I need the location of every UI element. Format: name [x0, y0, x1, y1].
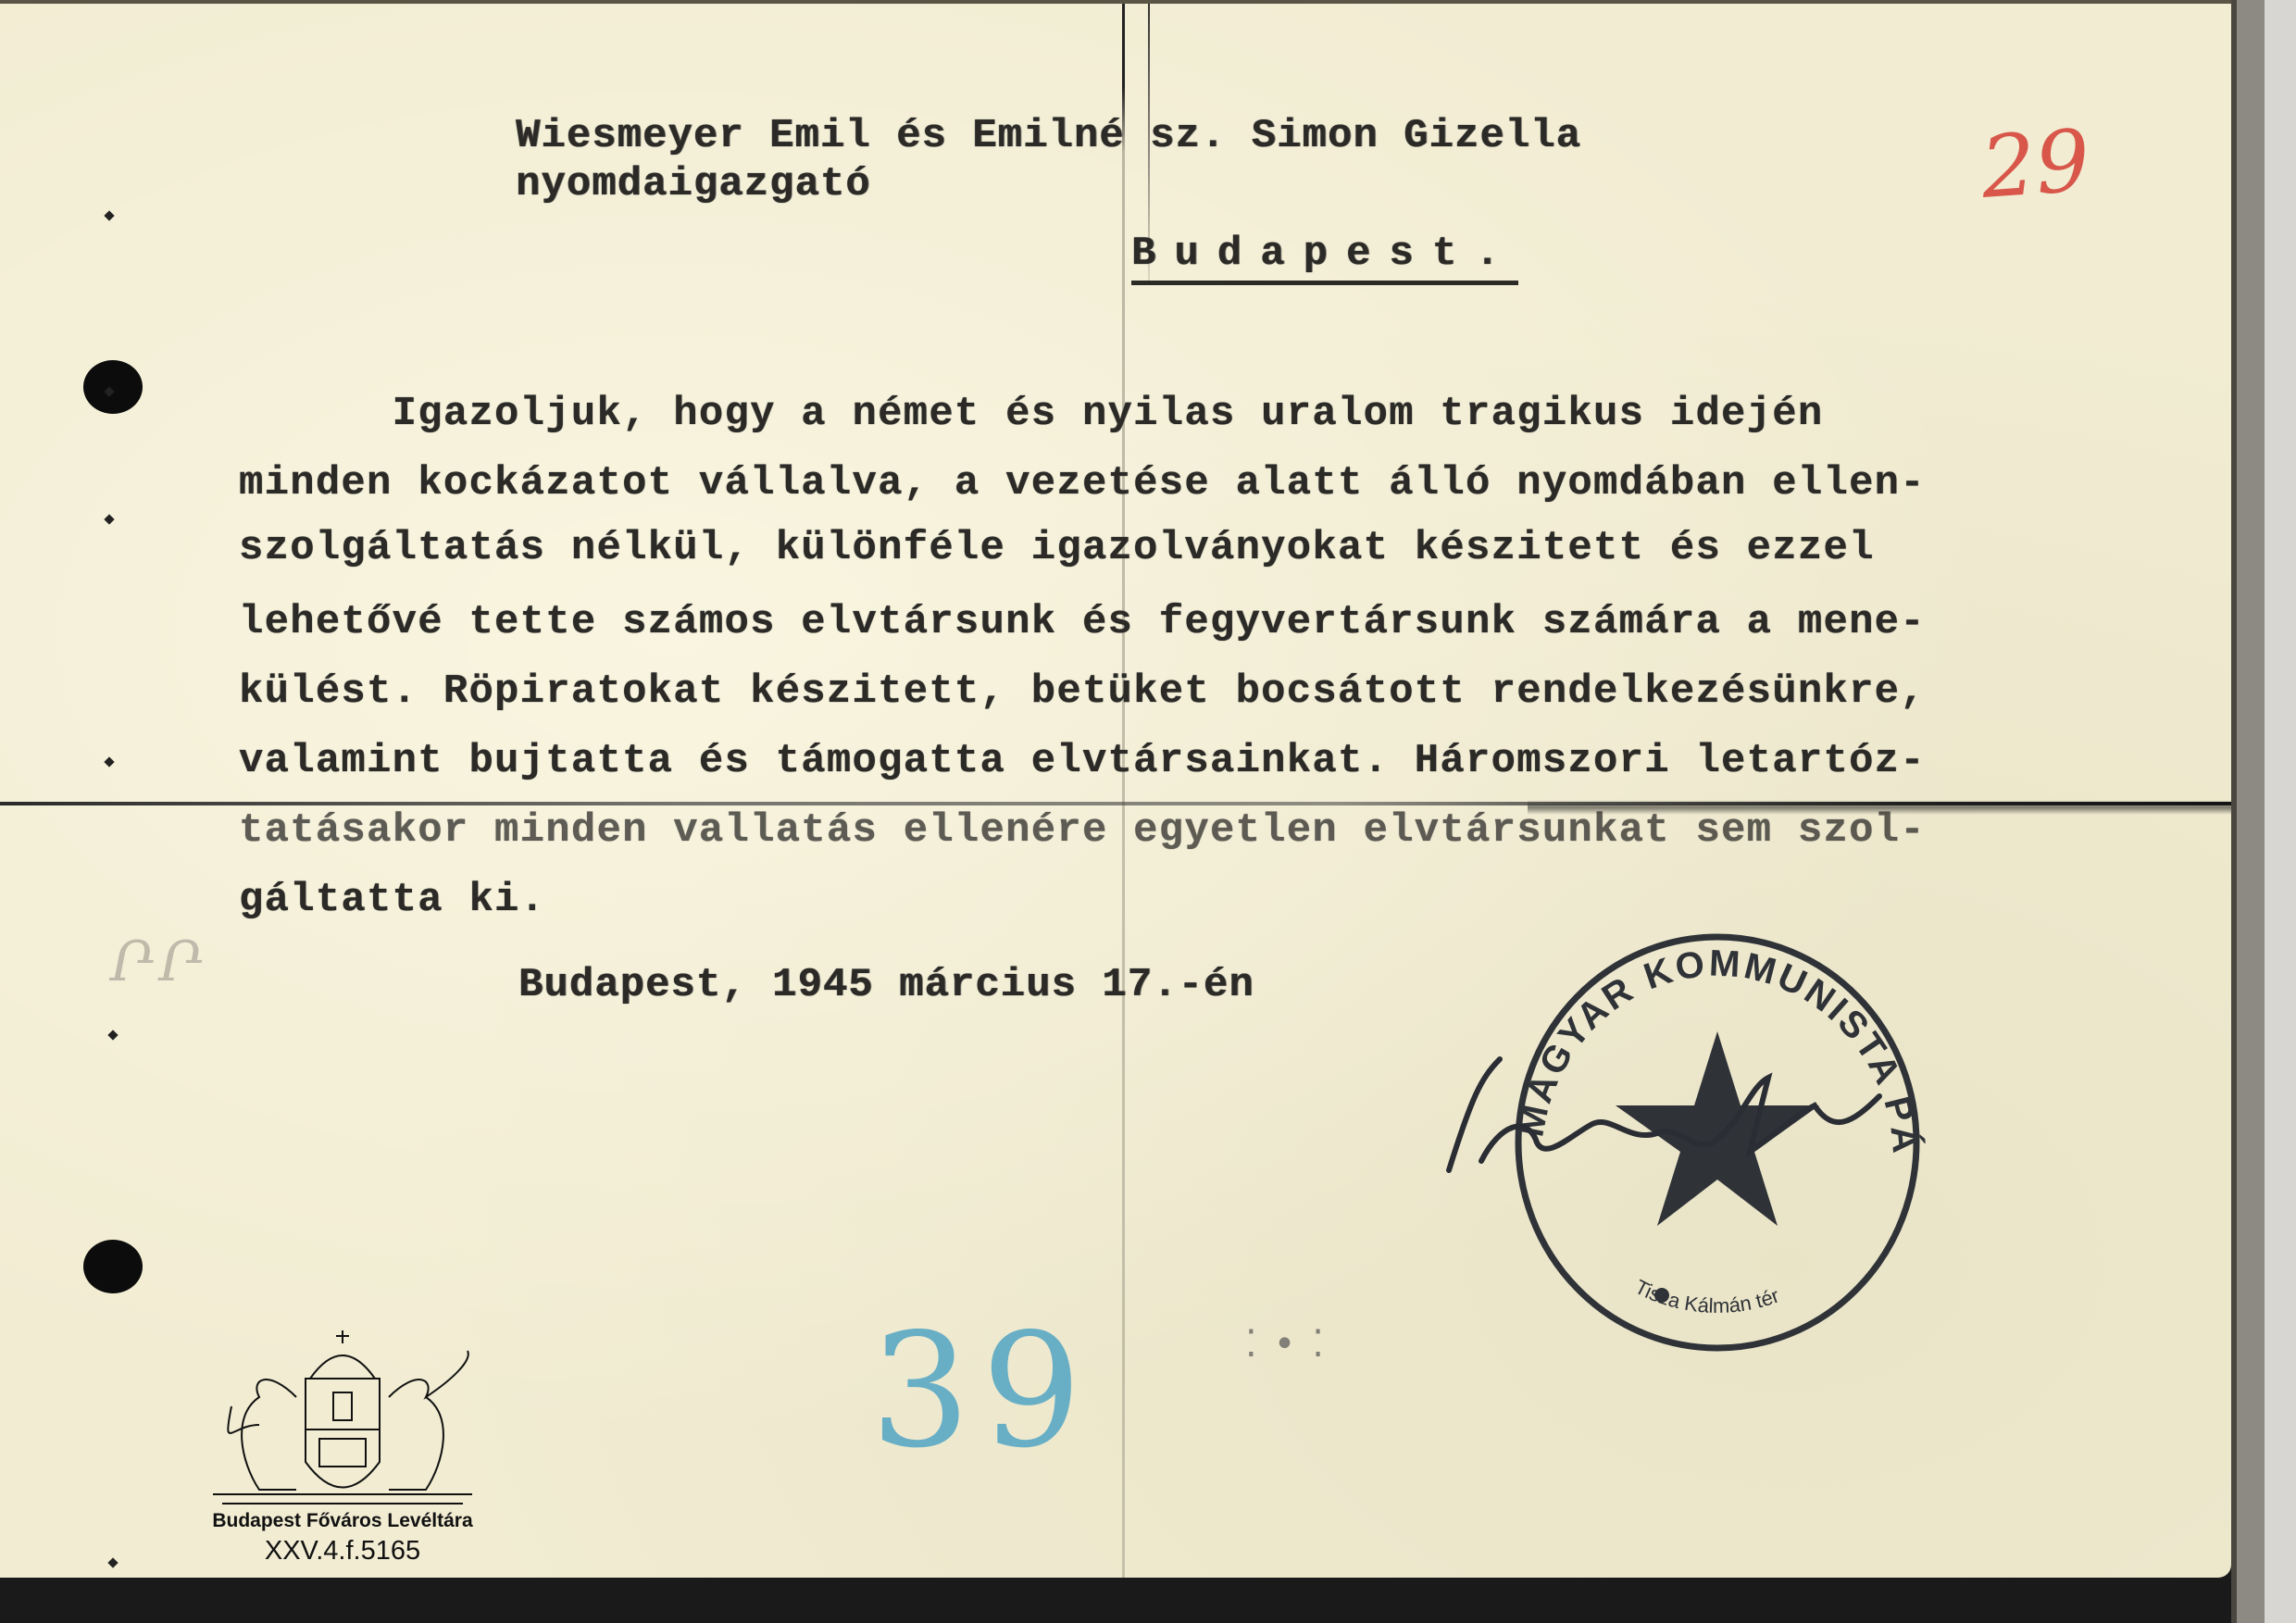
- scan-edge: [2231, 0, 2296, 1623]
- body-line: külést. Röpiratokat készitett, betüket b…: [239, 668, 1926, 715]
- blue-folio-number: 39: [870, 1300, 1092, 1483]
- body-line: minden kockázatot vállalva, a vezetése a…: [239, 460, 1926, 506]
- place-heading: Budapest.: [1131, 231, 1518, 285]
- pencil-dots: ⁚•⁚: [1245, 1323, 1341, 1366]
- archive-name: Budapest Főváros Levéltára: [199, 1510, 486, 1532]
- document-page: Wiesmeyer Emil és Emilné sz. Simon Gizel…: [0, 0, 2231, 1578]
- body-line: tatásakor minden vallatás ellenére egyet…: [239, 807, 1926, 854]
- body-line: valamint bujtatta és támogatta elvtársai…: [239, 738, 1926, 784]
- signature-icon: [1444, 1022, 1926, 1207]
- archive-reference: XXV.4.f.5165: [199, 1536, 486, 1567]
- body-line: Igazoljuk, hogy a német és nyilas uralom…: [239, 391, 1823, 437]
- punch-hole-icon: [83, 360, 143, 414]
- budapest-coat-of-arms-icon: [204, 1314, 481, 1527]
- date-line: Budapest, 1945 március 17.-én: [518, 962, 1254, 1008]
- body-line: lehetővé tette számos elvtársunk és fegy…: [239, 599, 1926, 645]
- vertical-fold-line: [1122, 4, 1125, 1578]
- punch-hole-icon: [83, 1240, 143, 1293]
- recipient-name: Wiesmeyer Emil és Emilné sz. Simon Gizel…: [516, 113, 1581, 159]
- pin-hole-icon: [104, 514, 114, 524]
- svg-text:Tisza Kálmán tér: Tisza Kálmán tér: [1631, 1275, 1782, 1317]
- faint-pencil-mark: ՐՐ: [111, 930, 208, 994]
- pin-hole-icon: [107, 1030, 118, 1040]
- body-line: szolgáltatás nélkül, különféle igazolván…: [239, 525, 1875, 571]
- red-folio-number: 29: [1978, 111, 2092, 218]
- pin-hole-icon: [107, 1557, 118, 1567]
- recipient-title: nyomdaigazgató: [516, 161, 871, 207]
- pin-hole-icon: [104, 756, 114, 767]
- pin-hole-icon: [104, 210, 114, 220]
- body-line: gáltatta ki.: [239, 877, 545, 923]
